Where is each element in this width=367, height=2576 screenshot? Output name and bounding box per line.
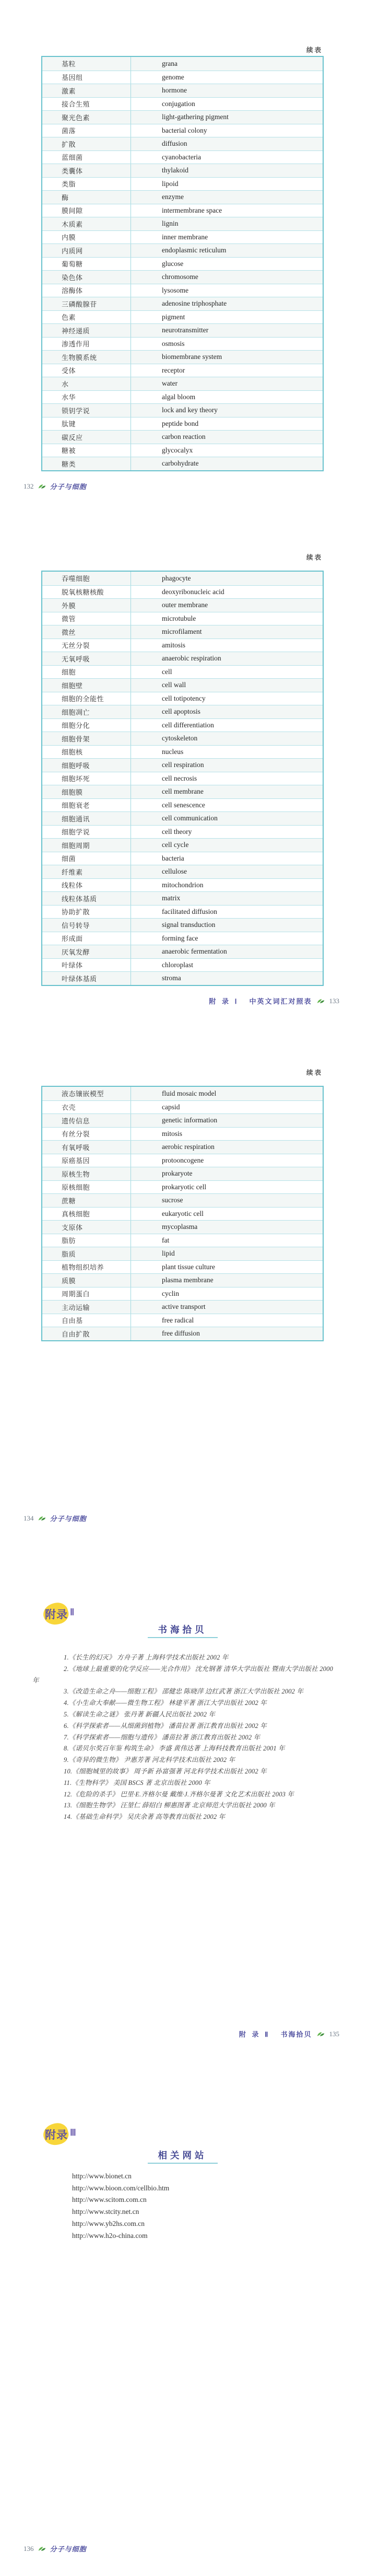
chinese-term-cell: 蔗糖 <box>42 1194 131 1207</box>
book-list-item: 9.《奇异的微生物》 尹惠芳著 河北科学技术出版社 2002 年 <box>32 1755 337 1766</box>
page-footer-133: 附 录 Ⅰ 中英文词汇对照表 133 <box>209 996 339 1006</box>
english-term-cell: outer membrane <box>131 599 323 612</box>
english-term-cell: prokaryote <box>131 1167 323 1180</box>
table-row: 细胞坏死 cell necrosis <box>42 772 323 785</box>
chinese-term-cell: 细胞凋亡 <box>42 705 131 718</box>
book-title: 分子与细胞 <box>50 1513 87 1523</box>
english-term-cell: enzyme <box>131 191 323 204</box>
glossary-table-2: 吞噬细胞 phagocyte 脱氧核糖核酸 deoxyribonucleic a… <box>41 571 324 986</box>
continued-table-label: 续表 <box>41 1067 323 1077</box>
table-row: 有丝分裂 mitosis <box>42 1127 323 1141</box>
english-term-cell: carbon reaction <box>131 431 323 444</box>
english-term-cell: grana <box>131 57 323 71</box>
english-term-cell: facilitated diffusion <box>131 906 323 919</box>
table-row: 碳反应 carbon reaction <box>42 430 323 444</box>
chinese-term-cell: 基粒 <box>42 57 131 71</box>
english-term-cell: free diffusion <box>131 1327 323 1340</box>
english-term-cell: lysosome <box>131 284 323 297</box>
book-list-item: 12.《危险的杀手》 巴里·E.齐格尔曼 戴维·J.齐格尔曼著 文化艺术出版社 … <box>32 1789 337 1801</box>
table-row: 衣壳 capsid <box>42 1100 323 1114</box>
table-row: 聚光色素 light-gathering pigment <box>42 110 323 124</box>
chinese-term-cell: 外膜 <box>42 599 131 612</box>
book-title: 分子与细胞 <box>50 2544 87 2554</box>
continued-table-label: 续表 <box>41 45 323 54</box>
table-row: 激素 hormone <box>42 84 323 97</box>
table-row: 细胞壁 cell wall <box>42 678 323 692</box>
website-url: http://www.h2o-china.com <box>72 2230 169 2242</box>
chinese-term-cell: 纤维素 <box>42 865 131 878</box>
page-footer-134: 134 分子与细胞 <box>23 1513 87 1523</box>
table-row: 自由基 free radical <box>42 1314 323 1327</box>
textbook-appendix-scan: 续表 基粒 grana 基因组 genome 激素 hormone 接合生殖 c… <box>0 0 367 2576</box>
table-row: 水 water <box>42 377 323 390</box>
english-term-cell: forming face <box>131 932 323 945</box>
english-term-cell: peptide bond <box>131 417 323 431</box>
english-term-cell: glycocalyx <box>131 444 323 457</box>
chinese-term-cell: 蓝细菌 <box>42 151 131 164</box>
table-row: 有氧呼吸 aerobic respiration <box>42 1140 323 1154</box>
table-row: 脂肪 fat <box>42 1234 323 1247</box>
english-term-cell: glucose <box>131 258 323 271</box>
table-row: 扩散 diffusion <box>42 137 323 150</box>
chinese-term-cell: 线粒体基质 <box>42 892 131 905</box>
english-term-cell: cell necrosis <box>131 772 323 785</box>
english-term-cell: fluid mosaic model <box>131 1087 323 1100</box>
chinese-term-cell: 溶酶体 <box>42 284 131 297</box>
chinese-term-cell: 无氧呼吸 <box>42 652 131 665</box>
page-footer-132: 132 分子与细胞 <box>23 481 87 491</box>
chinese-term-cell: 糖类 <box>42 457 131 470</box>
chinese-term-cell: 锁钥学说 <box>42 404 131 417</box>
english-term-cell: hormone <box>131 84 323 97</box>
chinese-term-cell: 支原体 <box>42 1221 131 1234</box>
chinese-term-cell: 膜间隙 <box>42 204 131 217</box>
english-term-cell: free radical <box>131 1314 323 1327</box>
english-term-cell: carbohydrate <box>131 457 323 470</box>
english-term-cell: lock and key theory <box>131 404 323 417</box>
chinese-term-cell: 渗透作用 <box>42 338 131 351</box>
table-row: 液态镶嵌模型 fluid mosaic model <box>42 1087 323 1100</box>
english-term-cell: cell cycle <box>131 839 323 852</box>
appendix-section-label: 附 录 Ⅱ <box>239 2029 270 2039</box>
chinese-term-cell: 线粒体 <box>42 879 131 892</box>
table-row: 细胞凋亡 cell apoptosis <box>42 705 323 718</box>
continued-table-label: 续表 <box>41 552 323 562</box>
chinese-term-cell: 微管 <box>42 612 131 625</box>
book-list-item: 13.《细胞生物学》 汪堃仁 薛绍白 柳惠图著 北京师范大学出版社 2000 年 <box>32 1800 337 1812</box>
table-row: 细胞膜 cell membrane <box>42 785 323 798</box>
table-row: 内膜 inner membrane <box>42 230 323 244</box>
table-row: 内质网 endoplasmic reticulum <box>42 243 323 257</box>
table-row: 植物组织培养 plant tissue culture <box>42 1260 323 1274</box>
english-term-cell: cytoskeleton <box>131 732 323 745</box>
english-term-cell: cell respiration <box>131 759 323 772</box>
chapter-title: 书海拾贝 <box>280 2029 312 2039</box>
page-number: 134 <box>23 1514 34 1523</box>
english-term-cell: anaerobic respiration <box>131 652 323 665</box>
chinese-term-cell: 菌落 <box>42 124 131 137</box>
english-term-cell: bacteria <box>131 852 323 865</box>
table-row: 无丝分裂 amitosis <box>42 639 323 652</box>
table-row: 锁钥学说 lock and key theory <box>42 403 323 417</box>
english-term-cell: bacterial colony <box>131 124 323 137</box>
table-row: 染色体 chromosome <box>42 270 323 284</box>
chinese-term-cell: 碳反应 <box>42 431 131 444</box>
chinese-term-cell: 细胞呼吸 <box>42 759 131 772</box>
appendix-badge-3: 附录 Ⅲ <box>43 2122 85 2148</box>
chinese-term-cell: 细胞膜 <box>42 785 131 798</box>
table-row: 厌氧发酵 anaerobic fermentation <box>42 945 323 958</box>
english-term-cell: plant tissue culture <box>131 1261 323 1274</box>
english-term-cell: cell wall <box>131 679 323 692</box>
english-term-cell: cellulose <box>131 865 323 878</box>
chinese-term-cell: 色素 <box>42 311 131 324</box>
table-row: 细胞呼吸 cell respiration <box>42 758 323 772</box>
book-list-item: 2.《地球上最重要的化学反应——光合作用》 沈允钢著 清华大学出版社 暨南大学出… <box>32 1664 337 1687</box>
english-term-cell: cell totipotency <box>131 692 323 705</box>
chinese-term-cell: 糖被 <box>42 444 131 457</box>
table-row: 渗透作用 osmosis <box>42 337 323 351</box>
table-row: 原癌基因 protooncogene <box>42 1154 323 1167</box>
chinese-term-cell: 生物膜系统 <box>42 351 131 364</box>
book-list: 1.《长生的幻灭》 方舟子著 上海科学技术出版社 2002 年 2.《地球上最重… <box>32 1652 337 1823</box>
chinese-term-cell: 内膜 <box>42 231 131 244</box>
chinese-term-cell: 协助扩散 <box>42 906 131 919</box>
table-row: 基因组 genome <box>42 71 323 84</box>
english-term-cell: cell communication <box>131 812 323 825</box>
table-row: 外膜 outer membrane <box>42 598 323 612</box>
chinese-term-cell: 水华 <box>42 391 131 404</box>
table-row: 线粒体 mitochondrion <box>42 878 323 892</box>
english-term-cell: adenosine triphosphate <box>131 297 323 310</box>
table-row: 脂质 lipid <box>42 1247 323 1260</box>
badge-label: 附录 <box>45 1606 68 1622</box>
book-title: 分子与细胞 <box>50 481 87 491</box>
section-heading-websites: 相关网站 <box>41 2149 324 2162</box>
chinese-term-cell: 真核细胞 <box>42 1208 131 1221</box>
english-term-cell: capsid <box>131 1101 323 1114</box>
table-row: 细胞的全能性 cell totipotency <box>42 692 323 705</box>
leaf-icon <box>316 997 325 1004</box>
chinese-term-cell: 吞噬细胞 <box>42 572 131 585</box>
table-row: 神经递质 neurotransmitter <box>42 323 323 337</box>
table-row: 细胞学说 cell theory <box>42 825 323 839</box>
chinese-term-cell: 原核细胞 <box>42 1181 131 1194</box>
table-row: 糖被 glycocalyx <box>42 444 323 457</box>
chinese-term-cell: 类囊体 <box>42 164 131 177</box>
chinese-term-cell: 细胞学说 <box>42 826 131 839</box>
english-term-cell: chloroplast <box>131 959 323 972</box>
table-row: 类囊体 thylakoid <box>42 164 323 177</box>
english-term-cell: lipoid <box>131 178 323 191</box>
table-row: 形成面 forming face <box>42 932 323 945</box>
table-row: 受体 receptor <box>42 364 323 377</box>
leaf-icon <box>38 1515 46 1522</box>
table-row: 水华 algal bloom <box>42 390 323 404</box>
chinese-term-cell: 基因组 <box>42 71 131 84</box>
table-row: 原核细胞 prokaryotic cell <box>42 1180 323 1194</box>
table-row: 细胞通讯 cell communication <box>42 811 323 825</box>
website-url: http://www.bioon.com/cellbio.htm <box>72 2183 169 2195</box>
chinese-term-cell: 细胞分化 <box>42 719 131 732</box>
glossary-table-3: 液态镶嵌模型 fluid mosaic model 衣壳 capsid 遗传信息… <box>41 1086 324 1341</box>
english-term-cell: receptor <box>131 364 323 377</box>
english-term-cell: amitosis <box>131 639 323 652</box>
website-url: http://www.scitom.com.cn <box>72 2194 169 2206</box>
table-row: 蔗糖 sucrose <box>42 1193 323 1207</box>
table-row: 自由扩散 free diffusion <box>42 1327 323 1340</box>
english-term-cell: protooncogene <box>131 1154 323 1167</box>
website-url: http://www.stcity.net.cn <box>72 2206 169 2218</box>
english-term-cell: eukaryotic cell <box>131 1208 323 1221</box>
english-term-cell: osmosis <box>131 338 323 351</box>
english-term-cell: cyclin <box>131 1287 323 1301</box>
page-number: 132 <box>23 482 34 491</box>
english-term-cell: cell senescence <box>131 799 323 812</box>
table-row: 色素 pigment <box>42 310 323 324</box>
chinese-term-cell: 遗传信息 <box>42 1114 131 1127</box>
chinese-term-cell: 叶绿体 <box>42 959 131 972</box>
chinese-term-cell: 液态镶嵌模型 <box>42 1087 131 1100</box>
english-term-cell: active transport <box>131 1301 323 1314</box>
chinese-term-cell: 脂质 <box>42 1247 131 1260</box>
english-term-cell: cell apoptosis <box>131 705 323 718</box>
table-row: 基粒 grana <box>42 57 323 71</box>
chinese-term-cell: 细胞衰老 <box>42 799 131 812</box>
english-term-cell: aerobic respiration <box>131 1141 323 1154</box>
chinese-term-cell: 类脂 <box>42 178 131 191</box>
english-term-cell: microtubule <box>131 612 323 625</box>
chinese-term-cell: 扩散 <box>42 137 131 150</box>
chinese-term-cell: 水 <box>42 377 131 390</box>
table-row: 微丝 microfilament <box>42 625 323 639</box>
book-list-item: 14.《基础生命科学》 吴庆余著 高等教育出版社 2002 年 <box>32 1812 337 1823</box>
chinese-term-cell: 主动运输 <box>42 1301 131 1314</box>
chinese-term-cell: 肽键 <box>42 417 131 431</box>
website-url: http://www.bionet.cn <box>72 2171 169 2183</box>
chapter-title: 中英文词汇对照表 <box>249 996 312 1006</box>
english-term-cell: cell membrane <box>131 785 323 798</box>
chinese-term-cell: 神经递质 <box>42 324 131 337</box>
english-term-cell: pigment <box>131 311 323 324</box>
english-term-cell: intermembrane space <box>131 204 323 217</box>
book-list-item: 1.《长生的幻灭》 方舟子著 上海科学技术出版社 2002 年 <box>32 1652 337 1664</box>
table-row: 接合生殖 conjugation <box>42 97 323 111</box>
english-term-cell: algal bloom <box>131 391 323 404</box>
section-heading-books: 书海拾贝 <box>41 1623 324 1636</box>
table-row: 质膜 plasma membrane <box>42 1273 323 1287</box>
table-row: 膜间隙 intermembrane space <box>42 204 323 217</box>
english-term-cell: inner membrane <box>131 231 323 244</box>
chinese-term-cell: 衣壳 <box>42 1101 131 1114</box>
chinese-term-cell: 质膜 <box>42 1274 131 1287</box>
table-row: 肽键 peptide bond <box>42 417 323 431</box>
english-term-cell: deoxyribonucleic acid <box>131 586 323 599</box>
table-row: 无氧呼吸 anaerobic respiration <box>42 652 323 665</box>
english-term-cell: genetic information <box>131 1114 323 1127</box>
english-term-cell: phagocyte <box>131 572 323 585</box>
chinese-term-cell: 厌氧发酵 <box>42 945 131 958</box>
heading-underline <box>148 2163 218 2164</box>
english-term-cell: endoplasmic reticulum <box>131 244 323 257</box>
book-list-item: 4.《小生命大奉献——微生物工程》 林建平著 浙江大学出版社 2002 年 <box>32 1698 337 1709</box>
badge-numeral: Ⅲ <box>70 2128 76 2138</box>
table-row: 叶绿体基质 stroma <box>42 971 323 985</box>
table-row: 真核细胞 eukaryotic cell <box>42 1207 323 1221</box>
table-row: 支原体 mycoplasma <box>42 1220 323 1234</box>
english-term-cell: cell differentiation <box>131 719 323 732</box>
table-row: 菌落 bacterial colony <box>42 124 323 137</box>
website-list: http://www.bionet.cn http://www.bioon.co… <box>72 2171 169 2242</box>
chinese-term-cell: 酶 <box>42 191 131 204</box>
table-row: 细胞衰老 cell senescence <box>42 798 323 812</box>
chinese-term-cell: 有丝分裂 <box>42 1128 131 1141</box>
table-row: 微管 microtubule <box>42 612 323 625</box>
chinese-term-cell: 受体 <box>42 364 131 377</box>
english-term-cell: stroma <box>131 972 323 985</box>
chinese-term-cell: 细胞骨架 <box>42 732 131 745</box>
chinese-term-cell: 激素 <box>42 84 131 97</box>
table-row: 信号转导 signal transduction <box>42 918 323 932</box>
table-row: 类脂 lipoid <box>42 177 323 191</box>
chinese-term-cell: 微丝 <box>42 625 131 639</box>
chinese-term-cell: 形成面 <box>42 932 131 945</box>
chinese-term-cell: 原核生物 <box>42 1167 131 1180</box>
english-term-cell: plasma membrane <box>131 1274 323 1287</box>
english-term-cell: fat <box>131 1234 323 1247</box>
book-list-item: 8.《诺贝尔奖百年鉴 构筑生命》 李盛 黄伟达著 上海科技教育出版社 2001 … <box>32 1743 337 1755</box>
page-number: 135 <box>329 2030 340 2038</box>
heading-underline <box>148 1637 218 1638</box>
chinese-term-cell: 原癌基因 <box>42 1154 131 1167</box>
chinese-term-cell: 有氧呼吸 <box>42 1141 131 1154</box>
table-row: 细胞分化 cell differentiation <box>42 718 323 732</box>
table-row: 葡萄糖 glucose <box>42 257 323 271</box>
chinese-term-cell: 细胞周期 <box>42 839 131 852</box>
english-term-cell: mycoplasma <box>131 1221 323 1234</box>
leaf-icon <box>316 2030 325 2037</box>
english-term-cell: nucleus <box>131 746 323 759</box>
book-list-item: 3.《改造生命之舟——细胞工程》 邵健忠 陈晓萍 边红武著 浙江大学出版社 20… <box>32 1686 337 1698</box>
english-term-cell: mitochondrion <box>131 879 323 892</box>
table-row: 糖类 carbohydrate <box>42 457 323 470</box>
badge-label: 附录 <box>45 2127 68 2142</box>
english-term-cell: genome <box>131 71 323 84</box>
book-list-item: 7.《科学探索者——细胞与遗传》 潘苗拉著 浙江教育出版社 2002 年 <box>32 1732 337 1744</box>
book-list-item: 10.《细胞城里的故事》 周予新 孙富强著 河北科学技术出版社 2002 年 <box>32 1766 337 1778</box>
chinese-term-cell: 内质网 <box>42 244 131 257</box>
english-term-cell: sucrose <box>131 1194 323 1207</box>
table-row: 脱氧核糖核酸 deoxyribonucleic acid <box>42 585 323 599</box>
english-term-cell: mitosis <box>131 1128 323 1141</box>
chinese-term-cell: 脱氧核糖核酸 <box>42 586 131 599</box>
table-row: 蓝细菌 cyanobacteria <box>42 150 323 164</box>
chinese-term-cell: 植物组织培养 <box>42 1261 131 1274</box>
table-row: 线粒体基质 matrix <box>42 891 323 905</box>
table-row: 细胞 cell <box>42 665 323 679</box>
table-row: 三磷酸腺苷 adenosine triphosphate <box>42 297 323 310</box>
appendix-section-label: 附 录 Ⅰ <box>209 996 239 1006</box>
chinese-term-cell: 细胞 <box>42 666 131 679</box>
table-row: 生物膜系统 biomembrane system <box>42 350 323 364</box>
english-term-cell: diffusion <box>131 137 323 150</box>
chinese-term-cell: 接合生殖 <box>42 98 131 111</box>
glossary-table-1: 基粒 grana 基因组 genome 激素 hormone 接合生殖 conj… <box>41 56 324 471</box>
badge-numeral: Ⅱ <box>70 1607 74 1618</box>
chinese-term-cell: 细胞的全能性 <box>42 692 131 705</box>
table-row: 细菌 bacteria <box>42 852 323 865</box>
table-row: 主动运输 active transport <box>42 1300 323 1314</box>
chinese-term-cell: 脂肪 <box>42 1234 131 1247</box>
english-term-cell: lignin <box>131 217 323 230</box>
table-row: 原核生物 prokaryote <box>42 1167 323 1180</box>
english-term-cell: matrix <box>131 892 323 905</box>
english-term-cell: anaerobic fermentation <box>131 945 323 958</box>
chinese-term-cell: 自由扩散 <box>42 1327 131 1340</box>
chinese-term-cell: 叶绿体基质 <box>42 972 131 985</box>
chinese-term-cell: 葡萄糖 <box>42 258 131 271</box>
english-term-cell: chromosome <box>131 271 323 284</box>
table-row: 周期蛋白 cyclin <box>42 1287 323 1301</box>
table-row: 细胞骨架 cytoskeleton <box>42 732 323 745</box>
english-term-cell: thylakoid <box>131 164 323 177</box>
table-row: 吞噬细胞 phagocyte <box>42 572 323 585</box>
chinese-term-cell: 染色体 <box>42 271 131 284</box>
english-term-cell: prokaryotic cell <box>131 1181 323 1194</box>
page-footer-135: 附 录 Ⅱ 书海拾贝 135 <box>239 2029 339 2039</box>
page-footer-136: 136 分子与细胞 <box>23 2544 87 2554</box>
book-list-item: 5.《解读生命之谜》 张丹著 新疆人民出版社 2002 年 <box>32 1709 337 1721</box>
table-row: 木质素 lignin <box>42 217 323 230</box>
leaf-icon <box>38 483 46 490</box>
table-row: 纤维素 cellulose <box>42 865 323 878</box>
table-row: 细胞周期 cell cycle <box>42 838 323 852</box>
table-row: 酶 enzyme <box>42 190 323 204</box>
page-number: 136 <box>23 2545 34 2553</box>
chinese-term-cell: 自由基 <box>42 1314 131 1327</box>
table-row: 遗传信息 genetic information <box>42 1113 323 1127</box>
chinese-term-cell: 细胞通讯 <box>42 812 131 825</box>
chinese-term-cell: 细胞壁 <box>42 679 131 692</box>
chinese-term-cell: 信号转导 <box>42 919 131 932</box>
page-number: 133 <box>329 997 340 1005</box>
website-url: http://www.yb2hs.com.cn <box>72 2218 169 2230</box>
chinese-term-cell: 细菌 <box>42 852 131 865</box>
english-term-cell: conjugation <box>131 98 323 111</box>
chinese-term-cell: 细胞核 <box>42 746 131 759</box>
english-term-cell: microfilament <box>131 625 323 639</box>
english-term-cell: neurotransmitter <box>131 324 323 337</box>
leaf-icon <box>38 2545 46 2552</box>
english-term-cell: light-gathering pigment <box>131 111 323 124</box>
table-row: 溶酶体 lysosome <box>42 284 323 297</box>
book-list-item: 6.《科学探索者——从细菌到植物》 潘苗拉著 浙江教育出版社 2002 年 <box>32 1721 337 1732</box>
book-list-item: 11.《生物科学》 美国 BSCS 著 北京出版社 2000 年 <box>32 1778 337 1789</box>
chinese-term-cell: 聚光色素 <box>42 111 131 124</box>
table-row: 协助扩散 facilitated diffusion <box>42 905 323 919</box>
chinese-term-cell: 细胞坏死 <box>42 772 131 785</box>
english-term-cell: cell <box>131 666 323 679</box>
english-term-cell: cell theory <box>131 826 323 839</box>
chinese-term-cell: 周期蛋白 <box>42 1287 131 1301</box>
english-term-cell: cyanobacteria <box>131 151 323 164</box>
table-row: 叶绿体 chloroplast <box>42 958 323 972</box>
english-term-cell: lipid <box>131 1247 323 1260</box>
chinese-term-cell: 木质素 <box>42 217 131 230</box>
table-row: 细胞核 nucleus <box>42 745 323 759</box>
english-term-cell: signal transduction <box>131 919 323 932</box>
english-term-cell: biomembrane system <box>131 351 323 364</box>
